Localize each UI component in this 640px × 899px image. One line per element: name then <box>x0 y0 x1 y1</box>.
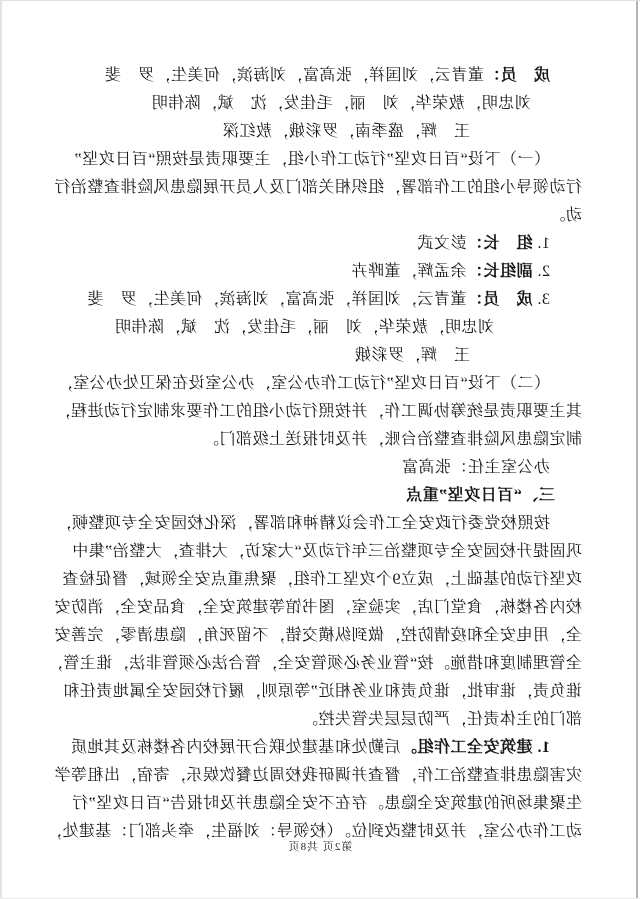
line-segment: 刘忠明，敖荣华，刘 丽，毛佳发，沈 斌，陈伟明 <box>151 95 531 112</box>
document-line: 按照校党委行政安全工作会议精神和部署，深化校园安全专项整顿， <box>58 510 582 538</box>
line-segment: 王 辉，盛季南，罗彩娥，敖红深 <box>222 123 470 140</box>
line-segment-bold: 1. 建筑安全工作组。 <box>400 739 550 756</box>
page-left-edge <box>0 0 2 899</box>
document-body: 成 员：董青云，刘国祥，张高富，刘海滨，何美生，罗 斐刘忠明，敖荣华，刘 丽，毛… <box>58 62 582 846</box>
line-segment: 王 辉，罗彩娥 <box>354 347 470 364</box>
line-segment: 2. <box>533 263 551 280</box>
document-line: 全管理制度和措施。按“管业务必须管安全，管合法必须管非法，谁主管， <box>58 650 582 678</box>
document-line: 成 员：董青云，刘国祥，张高富，刘海滨，何美生，罗 斐 <box>58 62 582 90</box>
line-segment: （一）下设“百日攻坚”行动工作小组，主要职责是按照“百日攻坚” <box>74 151 550 168</box>
line-segment: 灾害隐患排查整治工作，督查并调研我校周边餐饮娱乐，寄宿，出租等学 <box>54 767 582 784</box>
line-segment: 1. <box>533 235 551 252</box>
line-segment: 行动领导小组的工作部署，组织相关部门及人员开展隐患风险排查整治行 <box>54 179 582 196</box>
document-line: 校内各楼栋，食堂门店，实验室，图书馆等建筑安全，食品安全，消防安 <box>58 594 582 622</box>
line-segment: 余孟辉，董晔卉 <box>351 263 467 280</box>
document-line: 刘忠明，敖荣华，刘 丽，毛佳发，沈 斌，陈伟明 <box>58 90 582 118</box>
document-line: 1. 组 长：彭文武 <box>58 230 582 258</box>
line-segment-bold: 副组长： <box>466 263 532 280</box>
line-segment: 全，用电安全和疫情防控，做到纵横交错，不留死角，隐患清零，完善安 <box>54 627 582 644</box>
line-segment: 后勤处和基建处联合开展校内各楼栋及其地质 <box>70 739 400 756</box>
document-line: 制定隐患风险排查整治台账，并及时报送上级部门。 <box>58 426 582 454</box>
line-segment: 按照校党委行政安全工作会议精神和部署，深化校园安全专项整顿， <box>55 515 550 532</box>
document-line: 部门的主体责任，严防层层失管失控。 <box>58 706 582 734</box>
document-line: 攻坚行动的基础上，成立9个攻坚工作组，聚焦重点安全领域，督促检查 <box>58 566 582 594</box>
document-line: 全，用电安全和疫情防控，做到纵横交错，不留死角，隐患清零，完善安 <box>58 622 582 650</box>
page-footer: 第2页 共8页 <box>0 838 640 854</box>
line-segment-bold: 三、“百日攻坚”重点 <box>406 487 555 504</box>
line-segment: 动。 <box>549 207 582 224</box>
document-line: 行动领导小组的工作部署，组织相关部门及人员开展隐患风险排查整治行 <box>58 174 582 202</box>
line-segment: 刘忠明，敖荣华，刘 丽，毛佳发，沈 斌，陈伟明 <box>114 319 494 336</box>
line-segment: （二）下设“百日攻坚”行动工作办公室，办公室设在保卫处办公室， <box>56 375 550 392</box>
line-segment-bold: 成 员： <box>466 291 532 308</box>
line-segment: 3. <box>533 291 551 308</box>
mirrored-page-surface: 成 员：董青云，刘国祥，张高富，刘海滨，何美生，罗 斐刘忠明，敖荣华，刘 丽，毛… <box>0 0 640 899</box>
line-segment: 攻坚行动的基础上，成立9个攻坚工作组，聚焦重点安全领域，督促检查 <box>62 571 582 588</box>
document-line: （二）下设“百日攻坚”行动工作办公室，办公室设在保卫处办公室， <box>58 370 582 398</box>
line-segment: 董青云，刘国祥，张高富，刘海滨，何美生，罗 斐 <box>87 291 467 308</box>
line-segment: 董青云，刘国祥，张高富，刘海滨，何美生，罗 斐 <box>104 67 484 84</box>
line-segment-bold: 组 长： <box>466 235 532 252</box>
page-right-edge <box>636 0 638 899</box>
line-segment: 全管理制度和措施。按“管业务必须管安全，管合法必须管非法，谁主管， <box>46 655 582 672</box>
document-line: 其主要职责是统筹协调工作，并按照行动小组的工作要求制定行动进程， <box>58 398 582 426</box>
line-segment: 巩固提升校园安全专项整治三年行动及“大家访，大排查，大整治”集中 <box>72 543 582 560</box>
document-line: 刘忠明，敖荣华，刘 丽，毛佳发，沈 斌，陈伟明 <box>58 314 582 342</box>
line-segment: 校内各楼栋，食堂门店，实验室，图书馆等建筑安全，食品安全，消防安 <box>54 599 582 616</box>
document-line: 谁负责，谁审批，谁负责和业务相近”等原则，履行校园安全属地责任和 <box>58 678 582 706</box>
document-line: 灾害隐患排查整治工作，督查并调研我校周边餐饮娱乐，寄宿，出租等学 <box>58 762 582 790</box>
document-line: 动。 <box>58 202 582 230</box>
document-line: 3. 成 员：董青云，刘国祥，张高富，刘海滨，何美生，罗 斐 <box>58 286 582 314</box>
document-line: 巩固提升校园安全专项整治三年行动及“大家访，大排查，大整治”集中 <box>58 538 582 566</box>
document-line: 王 辉，盛季南，罗彩娥，敖红深 <box>58 118 582 146</box>
document-line: 办公室主任：张高富 <box>58 454 582 482</box>
line-segment-bold: 成 员： <box>484 67 550 84</box>
document-line: 1. 建筑安全工作组。后勤处和基建处联合开展校内各楼栋及其地质 <box>58 734 582 762</box>
line-segment: 部门的主体责任，严防层层失管失控。 <box>301 711 582 728</box>
document-line: 生聚集场所的建筑安全隐患。存在不安全隐患并及时报告“百日攻坚”行 <box>58 790 582 818</box>
line-segment: 其主要职责是统筹协调工作，并按照行动小组的工作要求制定行动进程， <box>54 403 582 420</box>
line-segment: 彭文武 <box>417 235 467 252</box>
document-line: 2. 副组长：余孟辉，董晔卉 <box>58 258 582 286</box>
line-segment: 生聚集场所的建筑安全隐患。存在不安全隐患并及时报告“百日攻坚”行 <box>72 795 582 812</box>
page-top-edge <box>0 0 640 1</box>
document-line: （一）下设“百日攻坚”行动工作小组，主要职责是按照“百日攻坚” <box>58 146 582 174</box>
line-segment: 办公室主任：张高富 <box>401 459 550 476</box>
document-line: 王 辉，罗彩娥 <box>58 342 582 370</box>
document-line: 三、“百日攻坚”重点 <box>58 482 582 510</box>
line-segment: 谁负责，谁审批，谁负责和业务相近”等原则，履行校园安全属地责任和 <box>63 683 582 700</box>
scanned-page: 成 员：董青云，刘国祥，张高富，刘海滨，何美生，罗 斐刘忠明，敖荣华，刘 丽，毛… <box>0 0 640 899</box>
line-segment: 制定隐患风险排查整治台账，并及时报送上级部门。 <box>202 431 582 448</box>
